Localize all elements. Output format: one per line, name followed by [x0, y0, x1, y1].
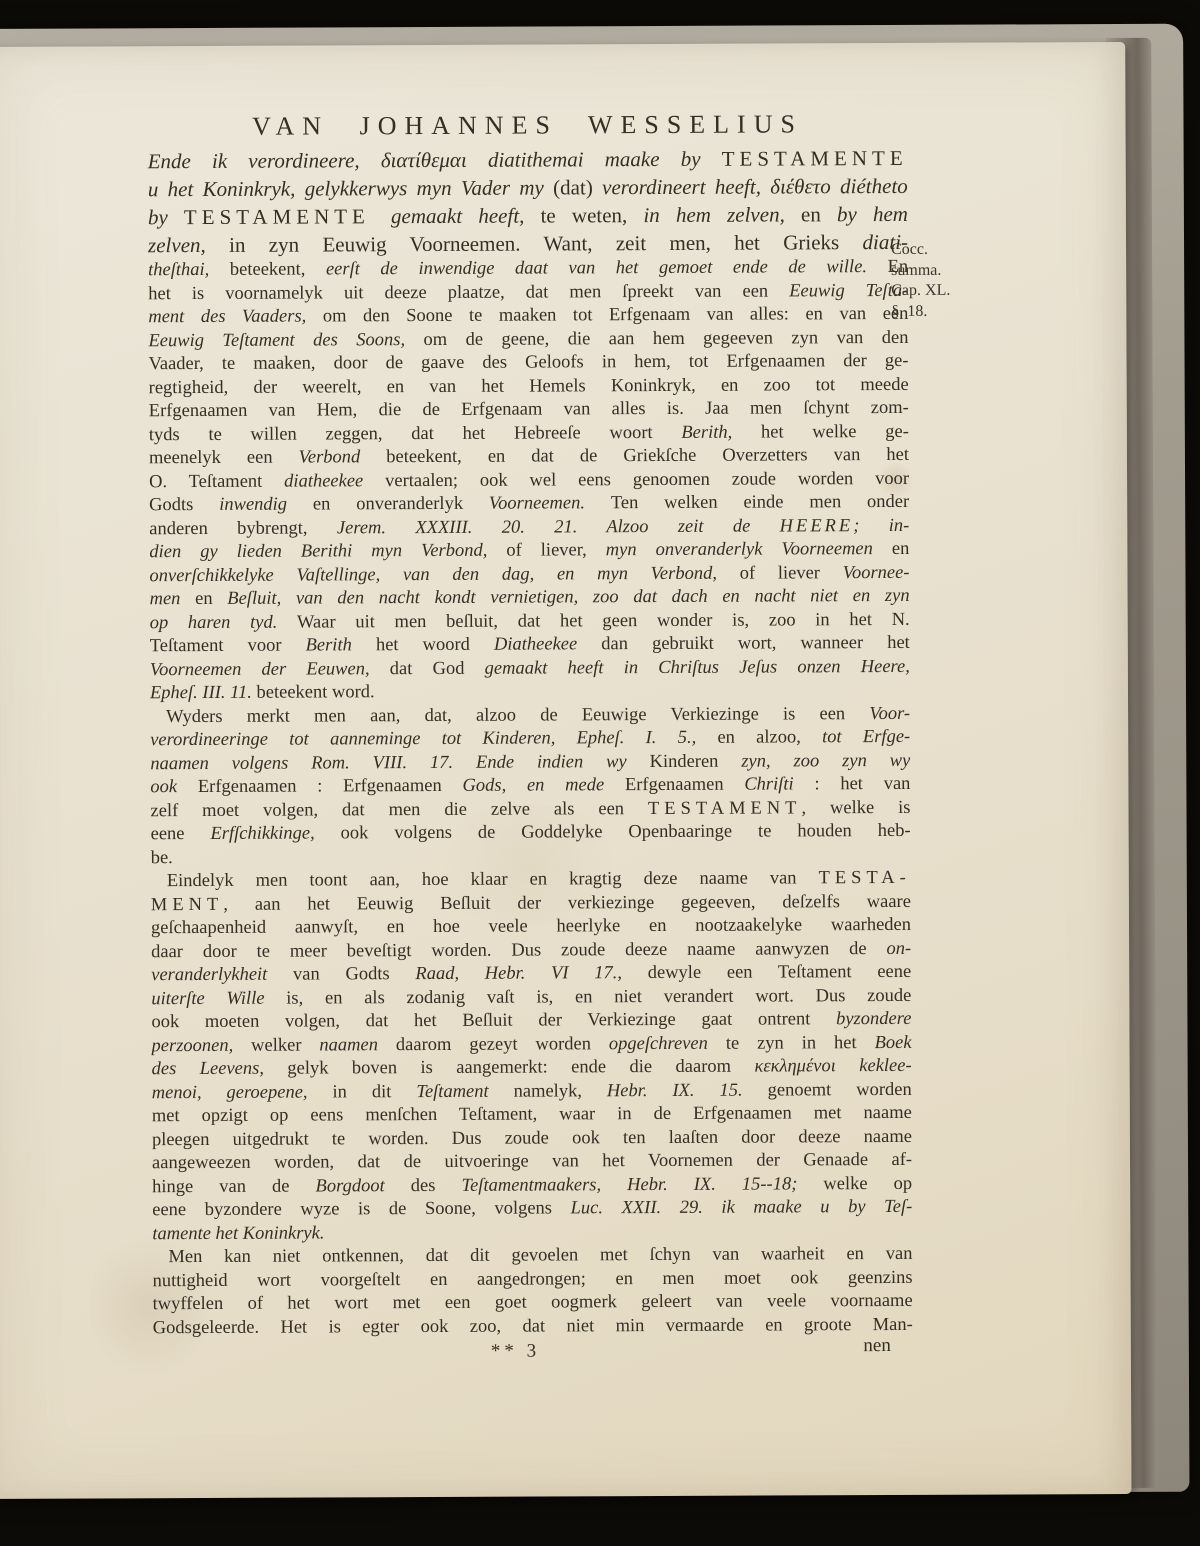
text-line: zelf moet volgen, dat men die zelve als …	[150, 796, 910, 823]
text-line: Wyders merkt men aan, dat, alzoo de Eeuw…	[150, 702, 910, 729]
text-line: met opzigt op eens menſchen Teſtament, w…	[152, 1102, 912, 1129]
text-run: Erfgenaamen : Erfgenaamen	[198, 776, 463, 797]
text-run: eene	[151, 824, 211, 844]
text-run: en alzoo,	[717, 727, 822, 747]
text-run: beteekent,	[230, 259, 326, 279]
text-run: Waar uit men beſluit, dat het geen wonde…	[297, 609, 910, 632]
text-run: veranderlykheit	[151, 965, 293, 986]
text-run: het is voornamelyk uit deeze plaatze, da…	[148, 281, 789, 304]
text-run: is, en als zodanig vaſt is, en niet vera…	[286, 985, 911, 1008]
text-run: dat God	[390, 658, 485, 678]
text-run: Vaader, te maaken, door de gaave des Gel…	[149, 351, 909, 374]
margin-note-line: Cap. XL.	[891, 281, 1001, 302]
text-run: pleegen uitgedrukt te worden. Dus zoude …	[152, 1126, 912, 1149]
text-line: naamen volgens Rom. VIII. 17. Ende indie…	[150, 749, 910, 776]
text-run: genoemt worden	[768, 1079, 912, 1100]
text-run: ; in-	[853, 515, 909, 535]
text-run: HEERE	[780, 516, 854, 536]
text-line: eene Erfſchikkinge, ook volgens de Godde…	[151, 820, 911, 847]
text-line: Eindelyk men toont aan, hoe klaar en kra…	[151, 867, 911, 894]
text-run: Gods, en mede	[462, 775, 625, 796]
catchword: nen	[863, 1335, 891, 1357]
text-run: , aan het Eeuwig Beſluit der verkiezinge…	[223, 891, 911, 914]
text-run: Beſluit, van den nacht kondt vernietigen…	[227, 586, 909, 609]
text-run: Jerem. XXXIII. 20. 21. Alzoo zeit de	[337, 516, 780, 538]
text-run: Teſtament voor	[150, 636, 306, 657]
text-run: welke op	[823, 1173, 912, 1193]
text-run: gemaakt heeft in Chriſtus Jeſus onzen He…	[485, 656, 910, 678]
text-line: verordineeringe tot aanneminge tot Kinde…	[150, 726, 910, 753]
text-run: , welke is	[801, 797, 910, 817]
text-run: MENT	[151, 894, 224, 914]
text-run: Ende ik verordineere,	[148, 148, 381, 173]
text-run: daar door te meer beveſtigt worden. Dus …	[151, 939, 886, 962]
margin-note-line: summa.	[891, 260, 1001, 281]
text-run: of liever,	[506, 540, 605, 560]
text-run: (dat)	[553, 175, 602, 199]
text-line: MENT, aan het Eeuwig Beſluit der verkiez…	[151, 890, 911, 917]
text-line: Erfgenaamen van Hem, die de Erfgenaam va…	[149, 397, 909, 424]
text-run: Diatheekee	[494, 634, 601, 654]
text-run: in zyn Eeuwig Voorneemen. Want, zeit men…	[229, 230, 863, 257]
text-run: eene byzondere wyze is de Soone, volgens	[152, 1198, 570, 1220]
text-run: nuttigheid wort voorgeſtelt en aangedron…	[153, 1267, 913, 1290]
text-line: eene byzondere wyze is de Soone, volgens…	[152, 1196, 912, 1223]
text-run: be.	[151, 848, 173, 868]
text-run: onverſchikkelyke Vaſtellinge, van den da…	[149, 563, 739, 586]
text-run: Voorneemen der Eeuwen,	[150, 659, 390, 680]
text-run: zelven,	[148, 233, 229, 257]
text-run: TESTAMENT	[648, 798, 802, 819]
text-run: myn onveranderlyk Voorneemen	[606, 539, 892, 560]
text-run: Luc. XXII. 29. ik maake u by Teſ-	[571, 1197, 913, 1218]
text-line: onverſchikkelyke Vaſtellinge, van den da…	[149, 561, 909, 588]
text-line: Men kan niet ontkennen, dat dit gevoelen…	[152, 1243, 912, 1270]
text-run: aangeweezen worden, dat de uitvoeringe v…	[152, 1150, 912, 1173]
text-run: Borgdoot	[315, 1176, 410, 1196]
text-run: en	[195, 589, 227, 609]
text-line: pleegen uitgedrukt te worden. Dus zoude …	[152, 1125, 912, 1152]
text-line: Godts inwendig en onveranderlyk Voorneem…	[149, 491, 909, 518]
text-run: geſchaapenheid aanwyſt, en hoe veele hee…	[151, 915, 911, 938]
text-run: perzoonen,	[151, 1035, 251, 1055]
text-line: be.	[151, 843, 911, 870]
text-run: by	[148, 205, 184, 229]
text-line: Epheſ. III. 11. beteekent word.	[150, 679, 910, 706]
text-line: Eeuwig Teſtament des Soons, om de geene,…	[148, 326, 908, 353]
text-run: Epheſ. III. 11.	[150, 683, 257, 703]
text-line: O. Teſtament diatheekee vertaalen; ook w…	[149, 467, 909, 494]
text-run: namelyk,	[514, 1081, 607, 1101]
text-line: op haren tyd. Waar uit men beſluit, dat …	[150, 608, 910, 635]
text-run: Eindelyk men toont aan, hoe klaar en kra…	[167, 868, 819, 891]
text-run: gelyk boven is aangemerkt: ende die daar…	[287, 1057, 754, 1079]
text-run: dan gebruikt wort, wanneer het	[601, 633, 910, 654]
text-line: geſchaapenheid aanwyſt, en hoe veele hee…	[151, 914, 911, 941]
text-run: uiterſte Wille	[151, 988, 286, 1009]
text-line: meenelyk een Verbond beteekent, en dat d…	[149, 444, 909, 471]
text-run: menoi, geroepene,	[152, 1082, 333, 1103]
text-run: te zyn in het	[726, 1033, 875, 1054]
text-run: verordineert heeft,	[602, 175, 770, 200]
text-line: hinge van de Borgdoot des Teſtamentmaake…	[152, 1172, 912, 1199]
text-run: beteekent, en dat de Griekſche Overzette…	[386, 445, 909, 467]
text-line: daar door te meer beveſtigt worden. Dus …	[151, 937, 911, 964]
text-line: menoi, geroepene, in dit Teſtament namel…	[152, 1078, 912, 1105]
text-run: beteekent word.	[256, 682, 374, 703]
text-run: ook moeten volgen, dat het Beſluit der V…	[151, 1009, 836, 1032]
text-run: byzondere	[836, 1009, 911, 1029]
text-run: Teſtament	[416, 1081, 513, 1101]
text-line: ook Erfgenaamen : Erfgenaamen Gods, en m…	[150, 773, 910, 800]
text-run: keklee-	[859, 1056, 911, 1076]
text-run: gemaakt heeft,	[391, 204, 541, 229]
text-run: Ten welken einde men onder	[611, 492, 909, 513]
text-run: Berith	[306, 635, 376, 655]
text-run: inwendig	[219, 495, 313, 515]
text-run: Voorneemen.	[489, 493, 611, 514]
text-run: op haren tyd.	[150, 612, 297, 633]
page-header-title: VAN JOHANNES WESSELIUS	[147, 109, 907, 142]
text-run: twyffelen of het wort met een goet oogme…	[153, 1291, 913, 1314]
text-run: en onveranderlyk	[313, 494, 489, 515]
text-run: διατίθεμαι	[381, 148, 488, 172]
text-run: Verbond	[299, 447, 387, 467]
text-line: men en Beſluit, van den nacht kondt vern…	[150, 585, 910, 612]
text-line: zelven, in zyn Eeuwig Voorneemen. Want, …	[148, 228, 908, 259]
text-run: ook	[150, 777, 198, 797]
text-run: Chriſti	[744, 774, 814, 794]
text-run: Voornee-	[843, 562, 910, 582]
text-run: naamen	[319, 1035, 396, 1055]
text-line: uiterſte Wille is, en als zodanig vaſt i…	[151, 984, 911, 1011]
text-run: Godsgeleerde. Het is egter ook zoo, dat …	[153, 1314, 913, 1337]
text-run: vertaalen; ook wel eens genoomen zoude w…	[385, 468, 909, 490]
text-run: dewyle een Teſtament eene	[648, 962, 912, 983]
body-text: Ende ik verordineere, διατίθεμαι diatith…	[148, 144, 913, 1372]
text-line: twyffelen of het wort met een goet oogme…	[153, 1290, 913, 1317]
text-line: theſthai, beteekent, eerſt de inwendige …	[148, 256, 908, 283]
text-run: eerſt de inwendige daat van het gemoet e…	[326, 257, 888, 279]
text-run: Godts	[149, 495, 219, 515]
text-run: en	[801, 202, 837, 226]
text-run: dien gy lieden Berithi myn Verbond,	[149, 541, 506, 563]
text-run: met opzigt op eens menſchen Teſtament, w…	[152, 1103, 912, 1126]
text-line: tyds te willen zeggen, dat het Hebreeſe …	[149, 420, 909, 447]
text-run: TESTAMENTE	[722, 146, 908, 171]
text-run: zelf moet volgen, dat men die zelve als …	[150, 799, 648, 821]
text-run: Erfgenaamen	[625, 775, 744, 796]
text-run: hinge van de	[152, 1176, 315, 1197]
text-line: veranderlykheit van Godts Raad, Hebr. VI…	[151, 961, 911, 988]
text-run: meenelyk een	[149, 448, 299, 469]
text-run: Wyders merkt men aan, dat, alzoo de Eeuw…	[166, 704, 869, 727]
text-run: in dit	[332, 1082, 416, 1102]
text-run: diatithemai maake by	[488, 147, 722, 172]
text-run: verordineeringe tot aanneminge tot Kinde…	[150, 728, 717, 750]
text-run: men	[150, 589, 196, 609]
page-footer: ** 3 nen	[153, 1339, 913, 1372]
scan-background: VAN JOHANNES WESSELIUS Ende ik verordine…	[0, 0, 1200, 1546]
text-run: by hem	[837, 202, 908, 226]
text-run: theſthai,	[148, 260, 230, 280]
text-run: Voor-	[869, 703, 910, 723]
text-line: het is voornamelyk uit deeze plaatze, da…	[148, 279, 908, 306]
text-line: Ende ik verordineere, διατίθεμαι diatith…	[148, 144, 908, 175]
text-run: ook volgens de Goddelyke Openbaaringe te…	[341, 821, 911, 843]
text-run: tyds te willen zeggen, dat het Hebreeſe …	[149, 422, 682, 444]
text-line: anderen bybrengt, Jerem. XXXIII. 20. 21.…	[149, 514, 909, 541]
text-lines: Ende ik verordineere, διατίθεμαι diatith…	[148, 144, 913, 1340]
text-line: perzoonen, welker naamen daarom gezeyt w…	[151, 1031, 911, 1058]
text-line: Voorneemen der Eeuwen, dat God gemaakt h…	[150, 655, 910, 682]
text-line: Godsgeleerde. Het is egter ook zoo, dat …	[153, 1313, 913, 1340]
text-run: te weten,	[541, 203, 644, 227]
text-run: u het Koninkryk, gelykkerwys myn Vader m…	[148, 175, 553, 201]
text-run: des	[411, 1175, 462, 1195]
text-run: om den Soone te maaken tot Erfgenaam van…	[323, 304, 909, 327]
text-run: Raad, Hebr. VI 17.,	[415, 963, 647, 984]
text-run: of liever	[740, 563, 843, 583]
text-run: naamen volgens Rom. VIII. 17. Ende indie…	[150, 752, 649, 774]
margin-note-line: §. 18.	[891, 301, 1001, 322]
text-line: nuttigheid wort voorgeſtelt en aangedron…	[152, 1266, 912, 1293]
text-run: het woord	[376, 635, 494, 656]
text-run: διέθετο	[770, 174, 840, 198]
text-line: ook moeten volgen, dat het Beſluit der V…	[151, 1008, 911, 1035]
text-run: tot Erfge-	[822, 727, 910, 747]
text-run: het welke ge-	[761, 421, 909, 442]
text-line: des Leevens, gelyk boven is aangemerkt: …	[152, 1055, 912, 1082]
text-run: TESTA-	[819, 868, 911, 888]
signature-mark: ** 3	[491, 1341, 540, 1363]
text-run: κεκλημένοι	[754, 1056, 859, 1076]
text-run: regtigheid, der weerelt, en van het Heme…	[149, 374, 909, 397]
text-line: Vaader, te maaken, door de gaave des Gel…	[149, 350, 909, 377]
text-run: diétheto	[840, 174, 908, 198]
text-run: Kinderen	[650, 751, 742, 771]
text-line: ment des Vaaders, om den Soone te maaken…	[148, 303, 908, 330]
text-run: Berith,	[681, 422, 761, 442]
text-run: Boek	[875, 1032, 912, 1052]
text-line: Teſtament voor Berith het woord Diatheek…	[150, 632, 910, 659]
text-run: tamente het Koninkryk.	[152, 1223, 324, 1244]
text-run: des Leevens,	[152, 1059, 288, 1080]
text-line: dien gy lieden Berithi myn Verbond, of l…	[149, 538, 909, 565]
text-run: zyn, zoo zyn wy	[741, 750, 910, 771]
text-line: aangeweezen worden, dat de uitvoeringe v…	[152, 1149, 912, 1176]
text-run: welker	[251, 1035, 319, 1055]
text-run: anderen bybrengt,	[149, 518, 337, 539]
text-run: Men kan niet ontkennen, dat dit gevoelen…	[168, 1244, 912, 1267]
text-run: on-	[886, 938, 911, 958]
text-run: in hem zelven,	[643, 202, 801, 227]
text-line: u het Koninkryk, gelykkerwys myn Vader m…	[148, 172, 908, 203]
text-run: Eeuwig Teſtament des Soons,	[148, 330, 423, 351]
text-run: Hebr. IX. 15.	[607, 1080, 768, 1101]
text-run: van Godts	[293, 964, 415, 985]
text-run: opgeſchreven	[609, 1033, 726, 1054]
text-run: Erfſchikkinge,	[210, 823, 340, 844]
text-run: en	[892, 539, 910, 559]
text-run: Teſtamentmaakers, Hebr. IX. 15--18;	[461, 1174, 823, 1196]
text-run: Erfgenaamen van Hem, die de Erfgenaam va…	[149, 398, 909, 421]
text-line: regtigheid, der weerelt, en van het Heme…	[149, 373, 909, 400]
text-run: diatheekee	[284, 471, 385, 491]
text-line: by TESTAMENTE gemaakt heeft, te weten, i…	[148, 200, 908, 231]
text-run: : het van	[814, 774, 910, 794]
text-run: om de geene, die aan hem gegeeven zyn va…	[423, 327, 908, 349]
margin-note-line: Cocc.	[891, 240, 1001, 261]
text-run: ment des Vaaders,	[148, 306, 323, 327]
book-page: VAN JOHANNES WESSELIUS Ende ik verordine…	[0, 42, 1131, 1499]
text-run: daarom gezeyt worden	[396, 1034, 609, 1055]
text-run: O. Teſtament	[149, 471, 284, 492]
margin-note: Cocc.summa.Cap. XL.§. 18.	[891, 240, 1001, 322]
text-run: TESTAMENTE	[184, 204, 391, 229]
book-tilt-wrapper: VAN JOHANNES WESSELIUS Ende ik verordine…	[0, 0, 1200, 1546]
text-line: tamente het Koninkryk.	[152, 1219, 912, 1246]
